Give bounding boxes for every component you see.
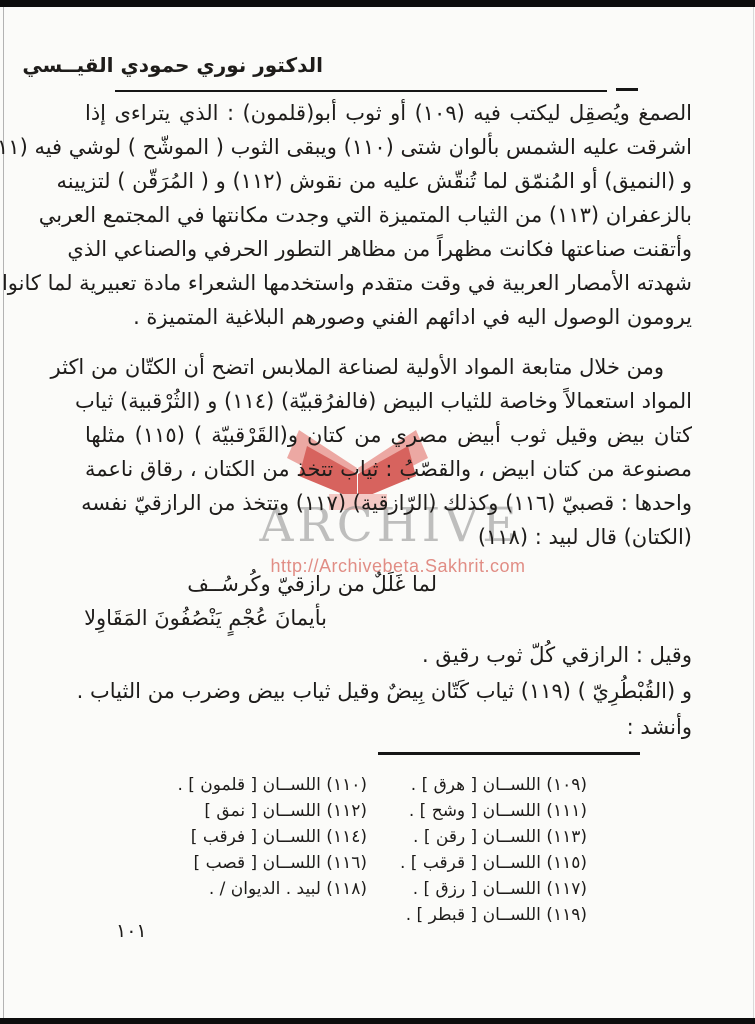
body-line: بالزعفران (١١٣) من الثياب المتميزة التي …	[85, 198, 692, 232]
page-number: ١٠١	[116, 920, 147, 942]
paragraph-1: الصمغ ويُصقِل ليكتب فيه (١٠٩) أو ثوب أبو…	[85, 96, 692, 334]
footnote-separator	[378, 752, 640, 755]
footnote-item: (١٠٩) اللســان [ هرق ] .	[400, 772, 587, 798]
header-rule-dash	[616, 88, 638, 91]
scanned-page: الدكتور نوري حمودي القيــسي الصمغ ويُصقِ…	[0, 0, 755, 1024]
footnote-item: (١١٩) اللســان [ قبطر ] .	[400, 902, 587, 928]
footnote-item: (١١٨) لبيد . الديوان / .	[177, 876, 367, 902]
poetry-hemistich-2: بأيمانَ عُجْمٍ يَنْصُفُونَ المَقَاوِلا	[84, 604, 327, 632]
footnote-item: (١١١) اللســان [ وشح ] .	[400, 798, 587, 824]
footnote-item: (١١٦) اللســان [ قصب ]	[177, 850, 367, 876]
footnote-item: (١١٠) اللســان [ قلمون ] .	[177, 772, 367, 798]
poetry-hemistich-1: لما غَلَلٌ من رازقيّ وكُرسُــف	[187, 570, 437, 598]
body-line: واحدها : قصبيّ (١١٦) وكذلك (الرّازقية) (…	[85, 486, 692, 520]
footnote-item: (١١٤) اللســان [ فرقب ]	[177, 824, 367, 850]
body-line: مصنوعة من كتان ابيض ، والقصّبُ : ثياب تت…	[85, 452, 692, 486]
body-line: وأتقنت صناعتها فكانت مظهراً من مظاهر الت…	[85, 232, 692, 266]
body-line: وقيل : الرازقي كُلّ ثوب رقيق .	[85, 640, 692, 670]
footnotes-right-column: (١٠٩) اللســان [ هرق ] . (١١١) اللســان …	[400, 772, 587, 928]
body-line: شهدته الأمصار العربية في وقت متقدم واستخ…	[85, 266, 692, 300]
body-line: يرومون الوصول اليه في ادائهم الفني وصوره…	[85, 300, 692, 334]
body-line: (الكتان) قال لبيد : (١١٨)	[85, 520, 692, 554]
page-header-author: الدكتور نوري حمودي القيــسي	[103, 53, 323, 77]
body-line: كتان بيض وقيل ثوب أبيض مصري من كتان و(ال…	[85, 418, 692, 452]
body-line: الصمغ ويُصقِل ليكتب فيه (١٠٩) أو ثوب أبو…	[85, 96, 692, 130]
footnote-item: (١١٢) اللســان [ نمق ]	[177, 798, 367, 824]
body-line: المواد استعمالاً وخاصة للثياب البيض (فال…	[85, 384, 692, 418]
footnote-item: (١١٧) اللســان [ رزق ] .	[400, 876, 587, 902]
footnotes-left-column: (١١٠) اللســان [ قلمون ] . (١١٢) اللســا…	[177, 772, 367, 902]
paragraph-2: ومن خلال متابعة المواد الأولية لصناعة ال…	[85, 350, 692, 554]
footnote-item: (١١٣) اللســان [ رقن ] .	[400, 824, 587, 850]
body-line: و (القُبْطُرِيّ ) (١١٩) ثياب كَتّان بِيض…	[85, 676, 692, 706]
footnote-item: (١١٥) اللســان [ قرقب ] .	[400, 850, 587, 876]
body-line: وأنشد :	[85, 712, 692, 742]
body-line: و (النميق) أو المُنمّق لما تُنقّش عليه م…	[85, 164, 692, 198]
body-line: ومن خلال متابعة المواد الأولية لصناعة ال…	[85, 350, 692, 384]
body-line: اشرقت عليه الشمس بألوان شتى (١١٠) ويبقى …	[85, 130, 692, 164]
header-rule	[115, 90, 607, 92]
